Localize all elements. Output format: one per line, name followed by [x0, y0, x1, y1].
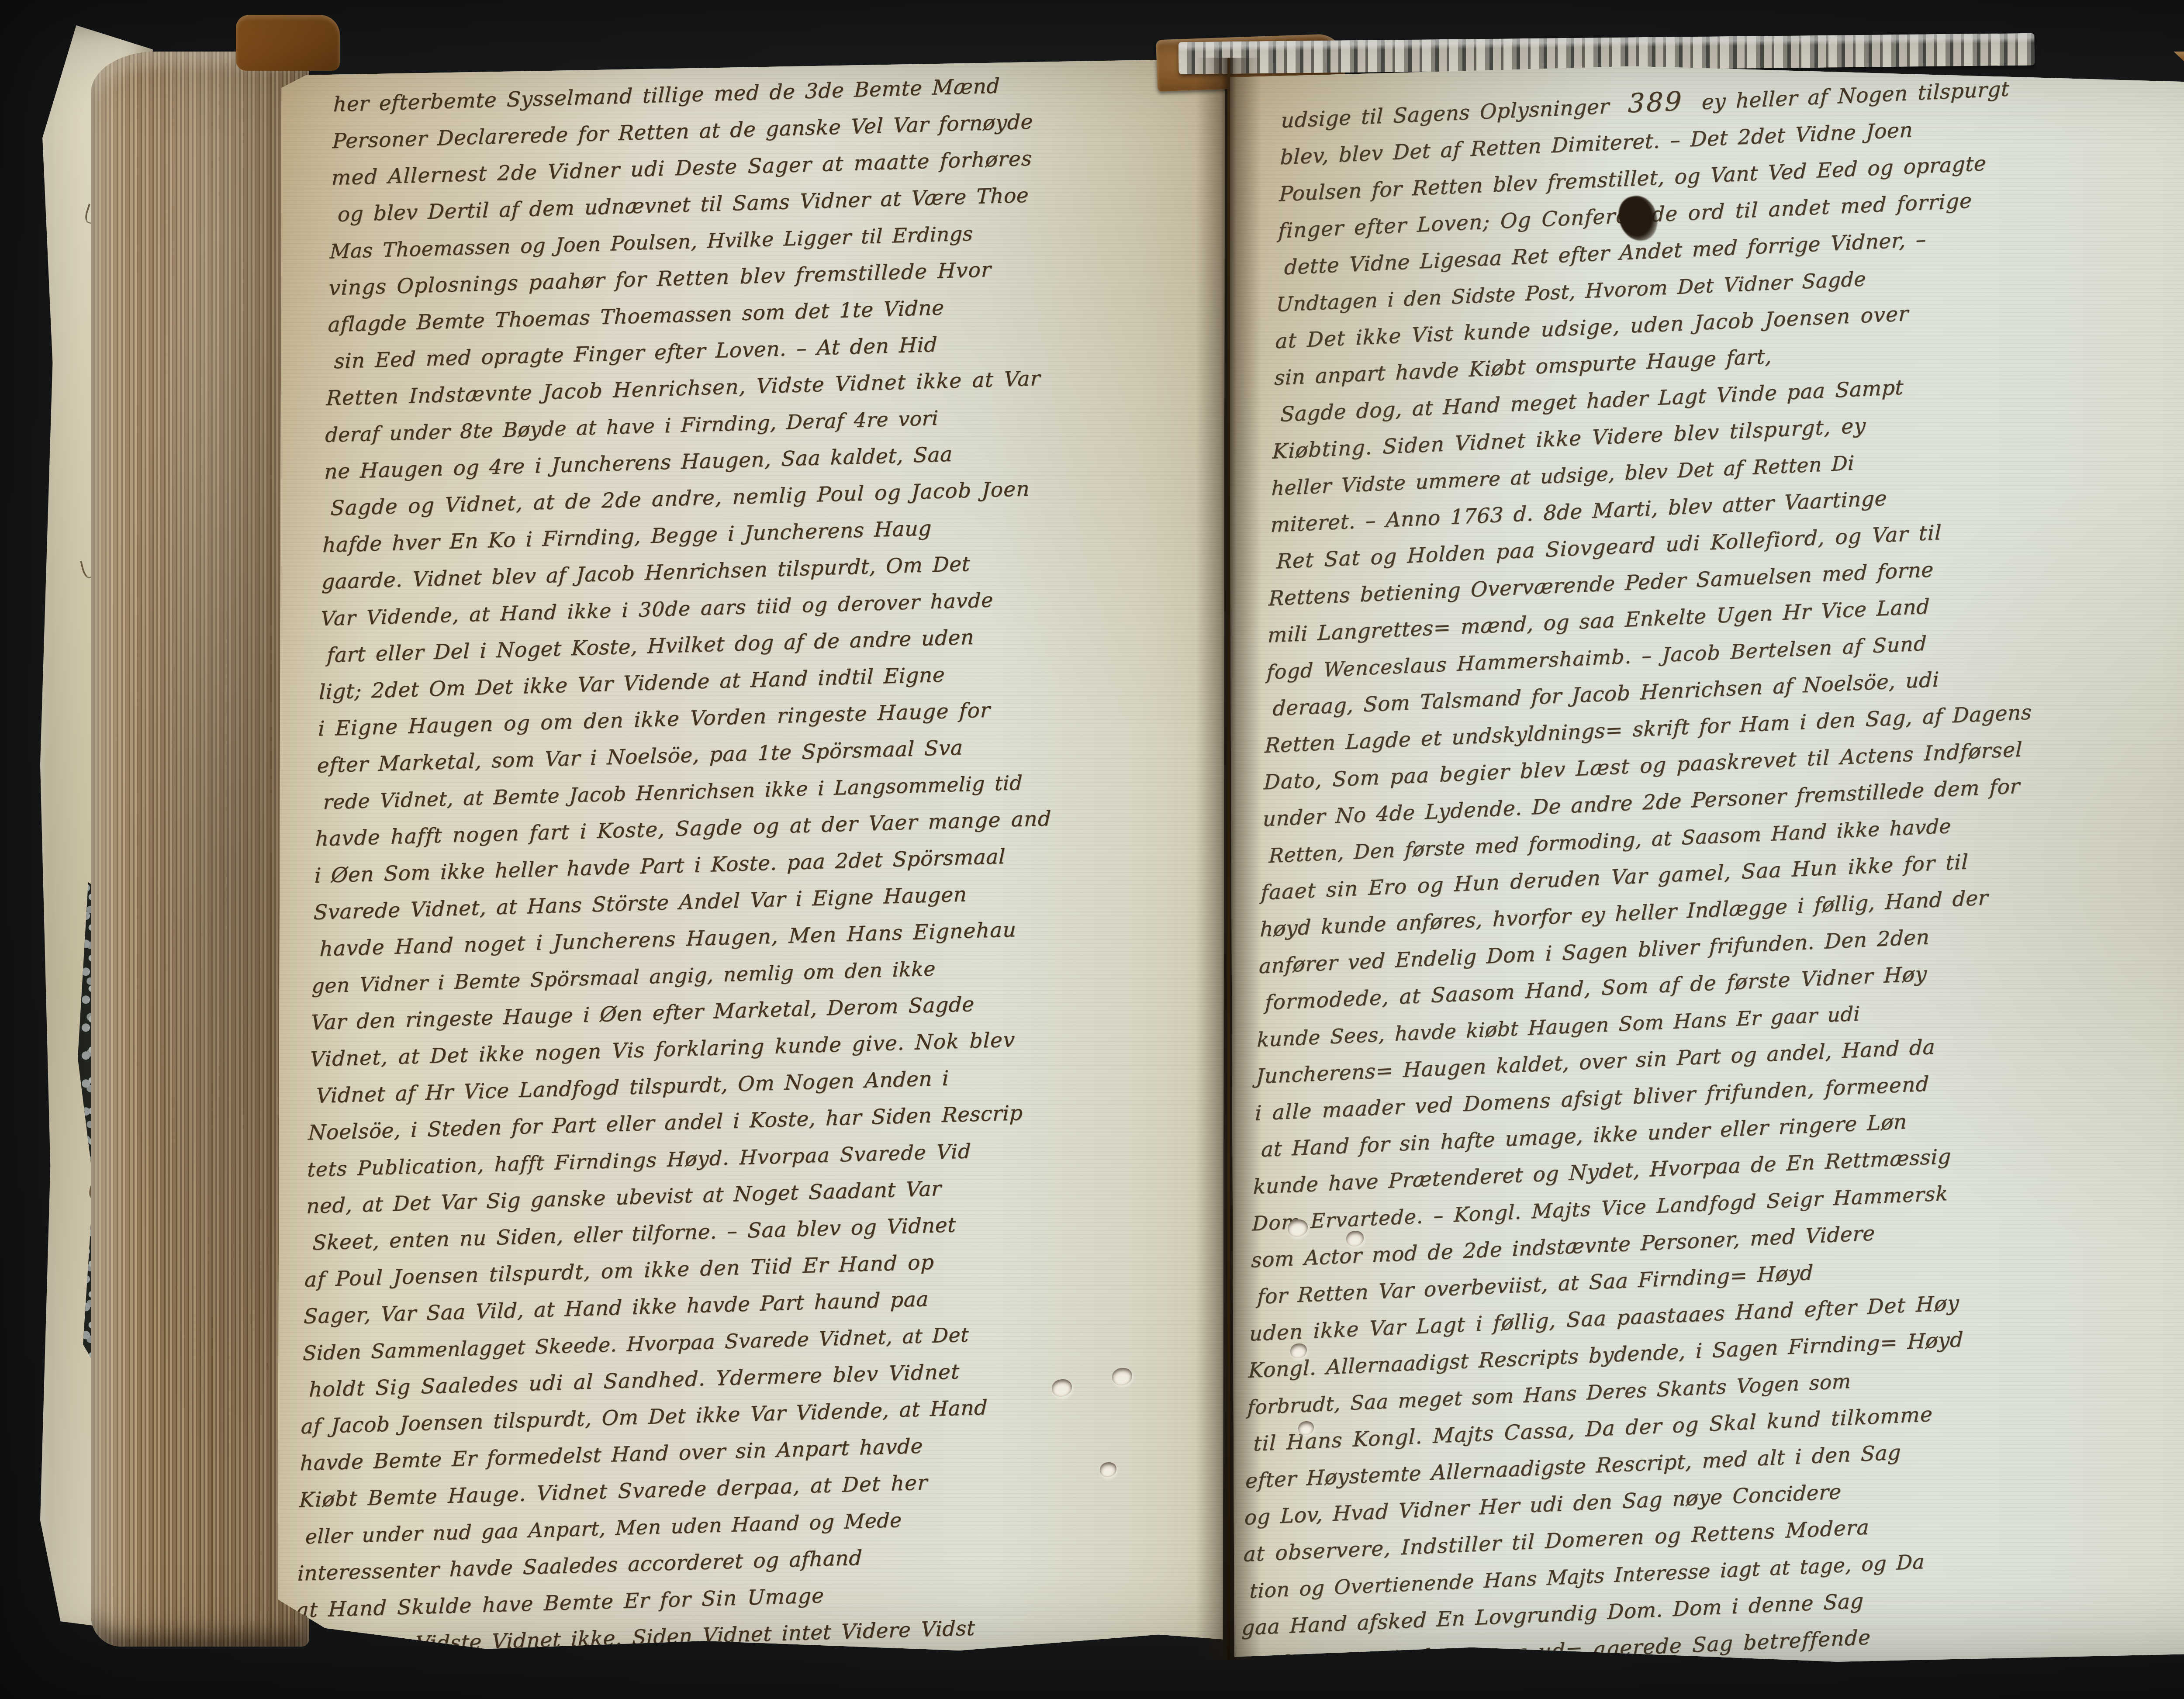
spine-leather-top-left: [236, 15, 340, 71]
page-number: 389: [1619, 86, 1692, 119]
right-page: udsige til Sagens Oplysninger 389 ey hel…: [1228, 65, 2184, 1665]
right-page-text: udsige til Sagens Oplysninger 389 ey hel…: [1240, 65, 2184, 1665]
right-page-lines: blev, blev Det af Retten Dimiteret. – De…: [1240, 98, 2184, 1665]
first-line-post: ey heller af Nogen tilspurgt: [1701, 77, 2010, 114]
left-page-text: her efterbemte Sysselmand tillige med de…: [295, 62, 1205, 1655]
left-page: her efterbemte Sysselmand tillige med de…: [278, 56, 1225, 1655]
left-page-block-fore-edge: [91, 52, 309, 1647]
